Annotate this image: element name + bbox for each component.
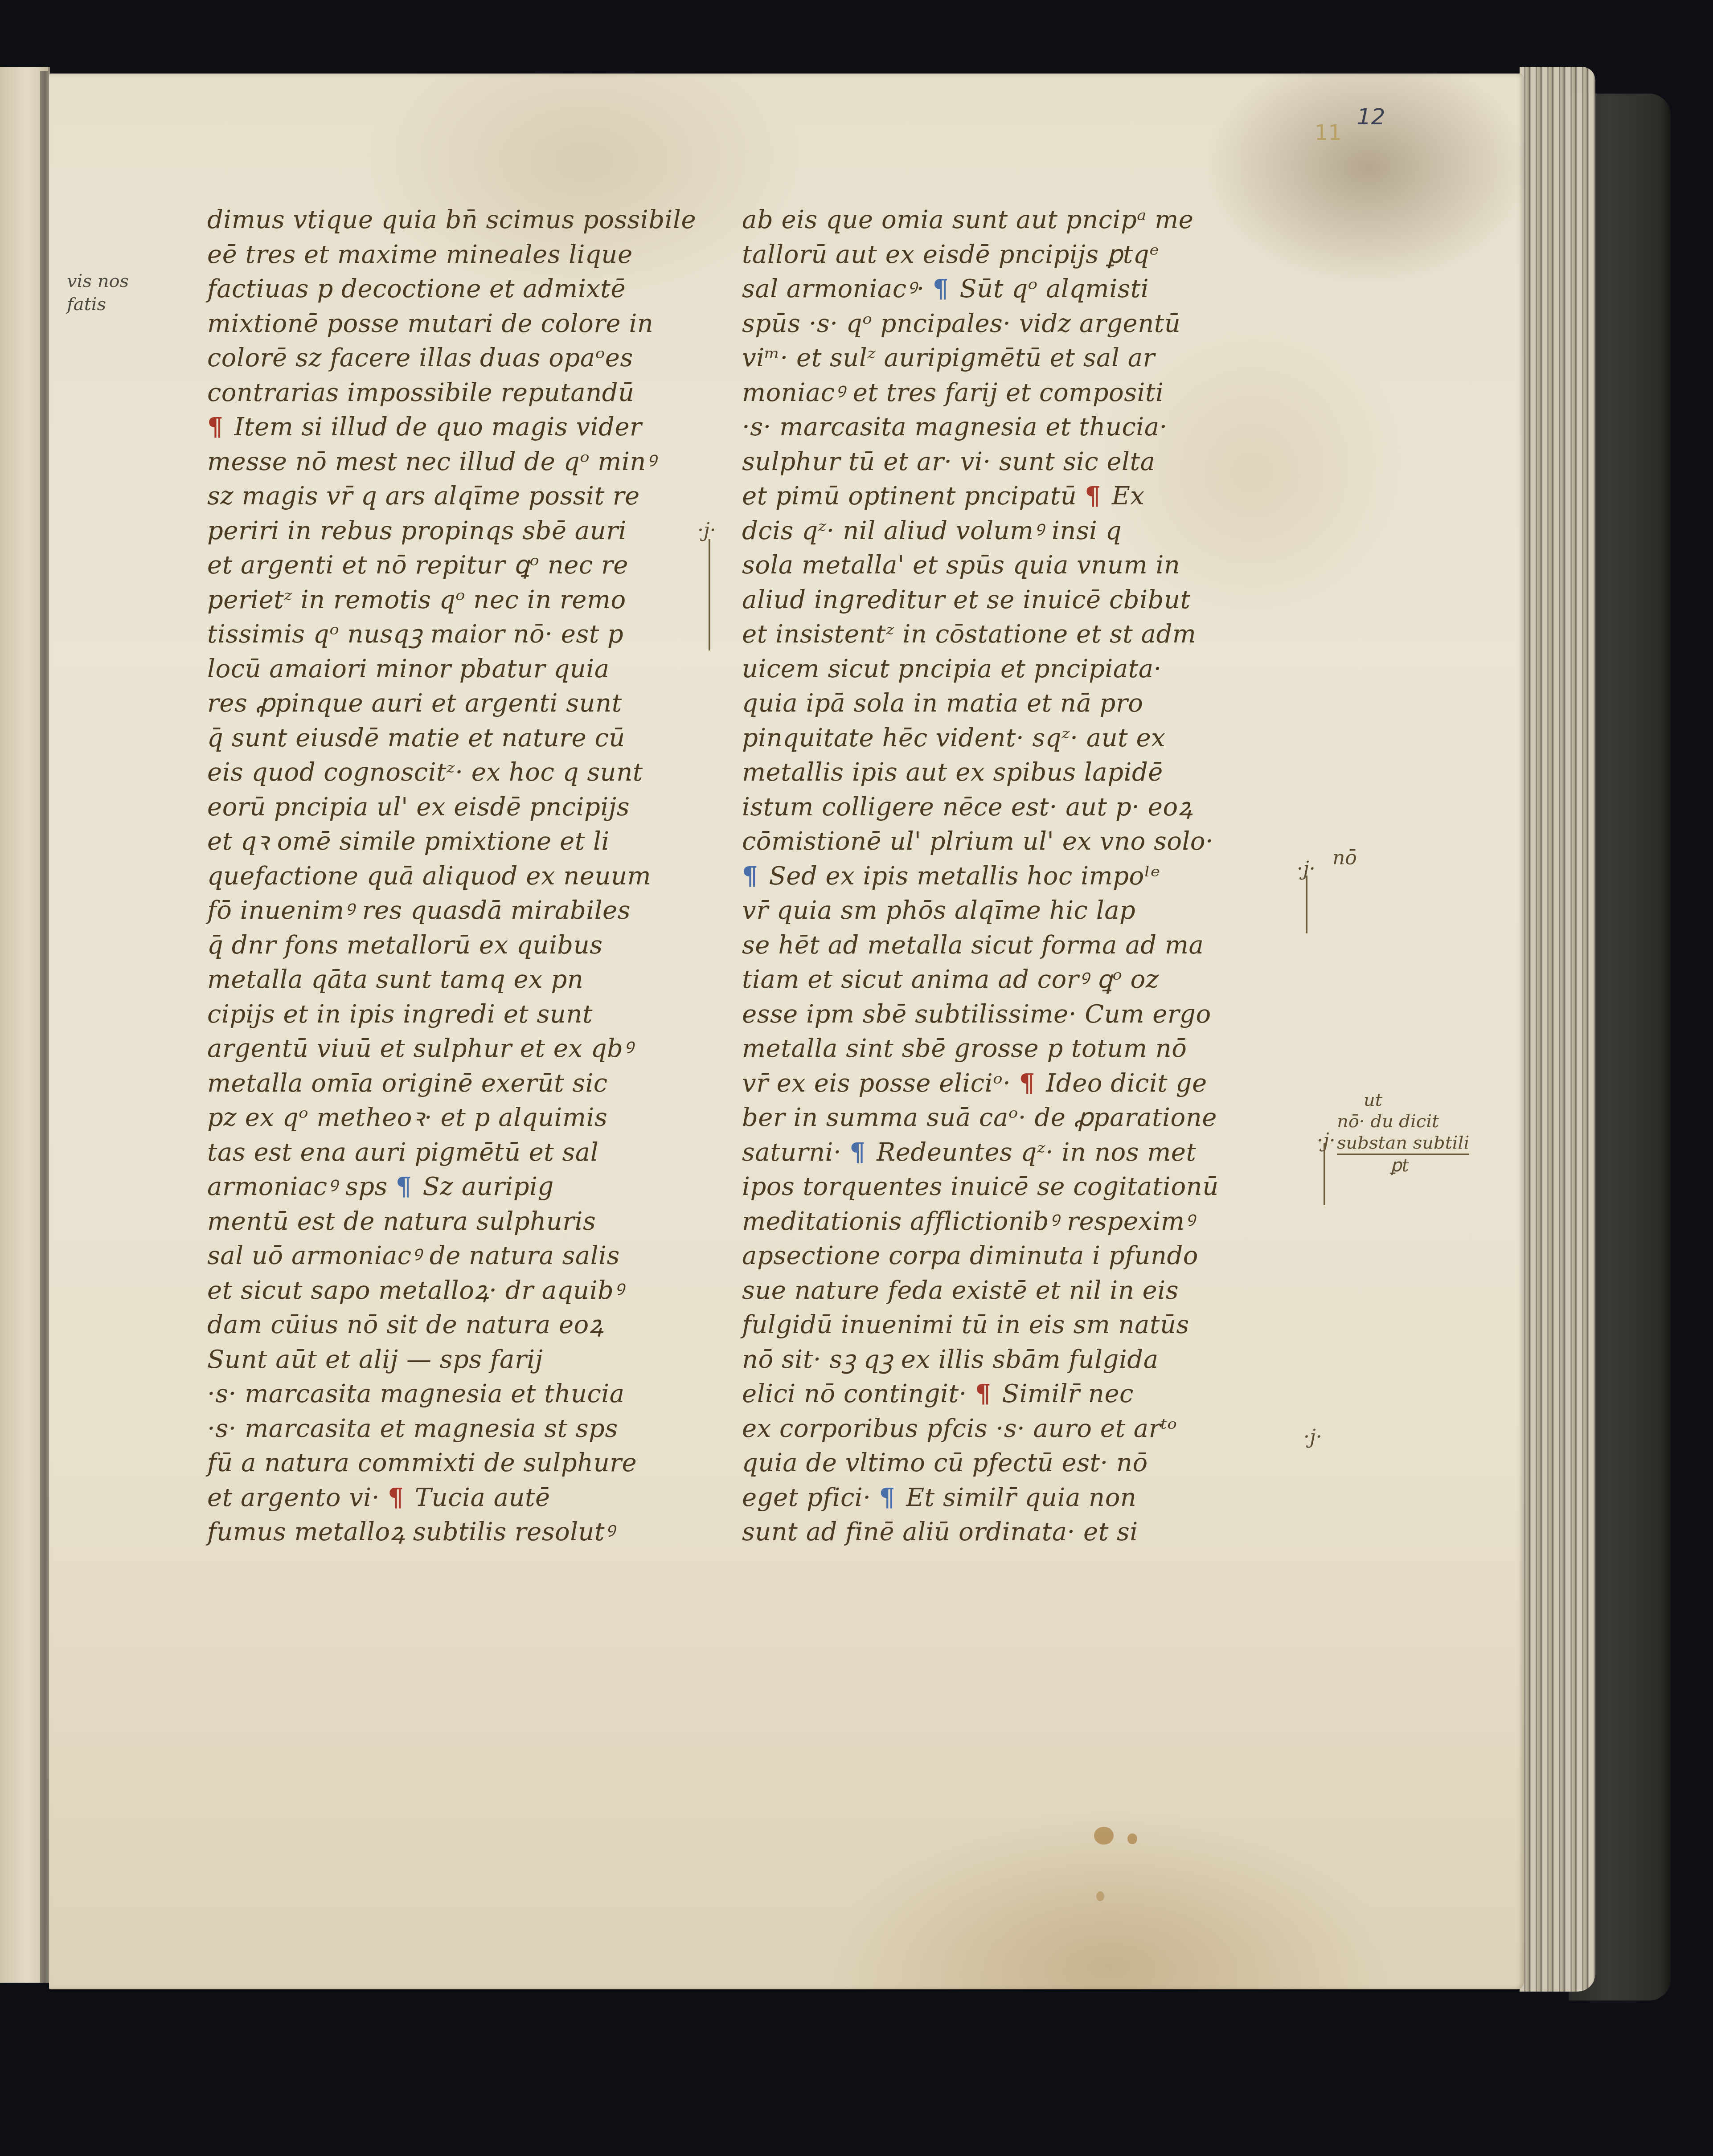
text-line: pinquitate hēc vident· sqᶻ· aut ex [742,721,1254,756]
marginal-line: ꝑt [1337,1155,1469,1176]
text-line: esse ipm sbē subtilissime· Cum ergo [742,997,1254,1032]
text-line: eis quod cognoscitᶻ· ex hoc q sunt [207,755,697,790]
text-line: sulphur tū et ar· vi· sunt sic elta [742,445,1254,479]
text-line: sz magis vr̄ q ars alqīme possit re [207,479,697,514]
paragraph-mark-icon: ¶ [207,412,223,442]
paragraph-mark-icon: ¶ [850,1137,866,1167]
text-line: ab eis que omia sunt aut pncipᵃ me [742,203,1254,237]
text-column-left: dimus vtique quia bn̄ scimus possibileeē… [207,203,697,1550]
text-line: et qꝛ omē simile pmixtione et li [207,824,697,859]
text-line: Sunt aūt et alij — sps farij [207,1342,697,1377]
text-line: pz ex qᵒ metheoꝛ· et p alquimis [207,1101,697,1135]
paragraph-mark-icon: ¶ [396,1172,412,1201]
text-line: fū a natura commixti de sulphure [207,1446,697,1481]
paragraph-mark-icon: ¶ [1019,1068,1035,1098]
marginal-note-right-1: nō [1332,847,1357,869]
margin-bracket [1324,1143,1325,1205]
ink-stain [1127,1833,1137,1844]
manuscript-page: 11 12 dimus vtique quia bn̄ scimus possi… [49,74,1524,1989]
marginal-note-left: vis nos fatis [67,270,129,316]
text-line: cōmistionē ul' plrium ul' ex vno solo· [742,824,1254,859]
text-line: sola metalla' et spūs quia vnum in [742,548,1254,583]
text-line: perietᶻ in remotis qᵒ nec in remo [207,583,697,618]
text-line: fō inuenimꝰ res quasdā mirabiles [207,893,697,928]
text-line: vr̄ ex eis posse eliciᵒ· ¶ Ideo dicit ge [742,1066,1254,1101]
text-line: sal armoniacꝰ· ¶ Sūt qᵒ alqmisti [742,272,1254,307]
marginal-line: nō· du dicit [1337,1111,1469,1132]
marginal-line: vis nos [67,270,129,293]
text-line: cipijs et in ipis ingredi et sunt [207,997,697,1032]
text-line: sunt ad finē aliū ordinata· et si [742,1515,1254,1550]
text-line: argentū viuū et sulphur et ex qbꝰ [207,1031,697,1066]
text-line: eget pfici· ¶ Et similr̄ quia non [742,1481,1254,1515]
paragraph-mark-icon: ¶ [1085,481,1101,511]
paragraph-mark-icon: ¶ [388,1483,404,1512]
folio-number-old: 11 [1315,120,1342,145]
text-line: sue nature feda existē et nil in eis [742,1273,1254,1308]
text-line: se hēt ad metalla sicut forma ad ma [742,928,1254,963]
margin-bracket [1306,875,1307,933]
marginal-line: substan subtili [1337,1132,1469,1155]
paragraph-mark-icon: ¶ [975,1379,991,1408]
text-line: istum colligere nēce est· aut p· eoꝝ [742,790,1254,825]
text-line: dcis qᶻ· nil aliud volumꝰ insi q [742,514,1254,548]
gutter [40,71,50,1983]
text-line: ¶ Item si illud de quo magis vider [207,410,697,445]
nota-mark: ·j· [697,519,716,542]
text-line: factiuas p decoctione et admixtē [207,272,697,307]
text-line: quia ipā sola in matia et nā pro [742,686,1254,721]
text-line: metalla qāta sunt tamq ex pn [207,962,697,997]
text-line: viᵐ· et sulᶻ auripigmētū et sal ar [742,341,1254,376]
text-line: sal uō armoniacꝰ de natura salis [207,1239,697,1273]
margin-bracket [709,539,710,650]
text-line: dimus vtique quia bn̄ scimus possibile [207,203,697,237]
text-line: metallis ipis aut ex spibus lapidē [742,755,1254,790]
folio-number-new: 12 [1357,104,1385,130]
text-line: ·s· marcasita magnesia et thucia· [742,410,1254,445]
text-line: quia de vltimo cū pfectū est· nō [742,1446,1254,1481]
text-line: tas est ena auri pigmētū et sal [207,1135,697,1170]
text-line: aliud ingreditur et se inuicē cbibut [742,583,1254,618]
text-line: et sicut sapo metalloꝝ· dr aquibꝰ [207,1273,697,1308]
text-line: locū amaiori minor pbatur quia [207,652,697,687]
marginal-note-right-2: ut nō· du dicit substan subtili ꝑt [1337,1089,1469,1176]
text-line: armoniacꝰ sps ¶ Sz auripig [207,1170,697,1204]
text-line: ·s· marcasita et magnesia st sps [207,1411,697,1446]
text-line: et insistentᶻ in cōstatione et st adm [742,617,1254,652]
text-line: vr̄ quia sm phōs alqīme hic lap [742,893,1254,928]
paragraph-mark-icon: ¶ [742,861,758,891]
text-line: meditationis afflictionibꝰ respeximꝰ [742,1204,1254,1239]
text-line: et argenti et nō repitur ꝗᵒ nec re [207,548,697,583]
text-line: ¶ Sed ex ipis metallis hoc impoˡᵉ [742,859,1254,894]
text-column-right: ab eis que omia sunt aut pncipᵃ metallor… [742,203,1254,1550]
text-line: ber in summa suā caᵒ· de ꝓparatione [742,1101,1254,1135]
text-line: contrarias impossibile reputandū [207,376,697,410]
text-line: elici nō contingit· ¶ Similr̄ nec [742,1377,1254,1411]
nota-mark: ·j· [1317,1129,1336,1152]
text-line: q̄ sunt eiusdē matie et nature cū [207,721,697,756]
text-line: fulgidū inuenimi tū in eis sm natūs [742,1308,1254,1342]
marginal-line: fatis [67,293,129,316]
text-line: metalla omīa originē exerūt sic [207,1066,697,1101]
ink-stain [1094,1827,1114,1845]
text-line: tallorū aut ex eisdē pncipijs ꝑtqᵉ [742,237,1254,272]
text-line: spūs ·s· qᵒ pncipales· vidz argentū [742,307,1254,341]
text-line: nō sit· sꝫ qꝫ ex illis sbām fulgida [742,1342,1254,1377]
text-line: colorē sz facere illas duas opaᵒes [207,341,697,376]
nota-mark: ·j· [1303,1426,1322,1448]
text-line: moniacꝰ et tres farij et compositi [742,376,1254,410]
text-line: saturni· ¶ Redeuntes qᶻ· in nos met [742,1135,1254,1170]
text-line: tiam et sicut anima ad corꝰ ꝗᵒ oz [742,962,1254,997]
text-line: q̄ dnr fons metallorū ex quibus [207,928,697,963]
page-fore-edge [1520,67,1595,1992]
text-line: periri in rebus propinqs sbē auri [207,514,697,548]
text-line: eē tres et maxime mineales lique [207,237,697,272]
text-line: apsectione corpa diminuta i pfundo [742,1239,1254,1273]
paragraph-mark-icon: ¶ [879,1483,895,1512]
marginal-line: ut [1337,1089,1469,1111]
text-line: tissimis qᵒ nusqꝫ maior nō· est p [207,617,697,652]
text-line: ipos torquentes inuicē se cogitationū [742,1170,1254,1204]
text-line: et pimū optinent pncipatū ¶ Ex [742,479,1254,514]
text-line: fumus metalloꝝ subtilis resolutꝰ [207,1515,697,1550]
text-line: mixtionē posse mutari de colore in [207,307,697,341]
text-line: et argento vi· ¶ Tucia autē [207,1481,697,1515]
text-line: ·s· marcasita magnesia et thucia [207,1377,697,1411]
paragraph-mark-icon: ¶ [933,274,949,303]
text-line: uicem sicut pncipia et pncipiata· [742,652,1254,687]
text-line: messe nō mest nec illud de qᵒ minꝰ [207,445,697,479]
text-line: eorū pncipia ul' ex eisdē pncipijs [207,790,697,825]
text-line: dam cūius nō sit de natura eoꝝ [207,1308,697,1342]
ink-stain [1096,1891,1104,1901]
text-line: metalla sint sbē grosse p totum nō [742,1031,1254,1066]
text-line: res ꝓpinque auri et argenti sunt [207,686,697,721]
text-line: mentū est de natura sulphuris [207,1204,697,1239]
text-line: quefactione quā aliquod ex neuum [207,859,697,894]
text-line: ex corporibus pfcis ·s· auro et arᵗᵒ [742,1411,1254,1446]
